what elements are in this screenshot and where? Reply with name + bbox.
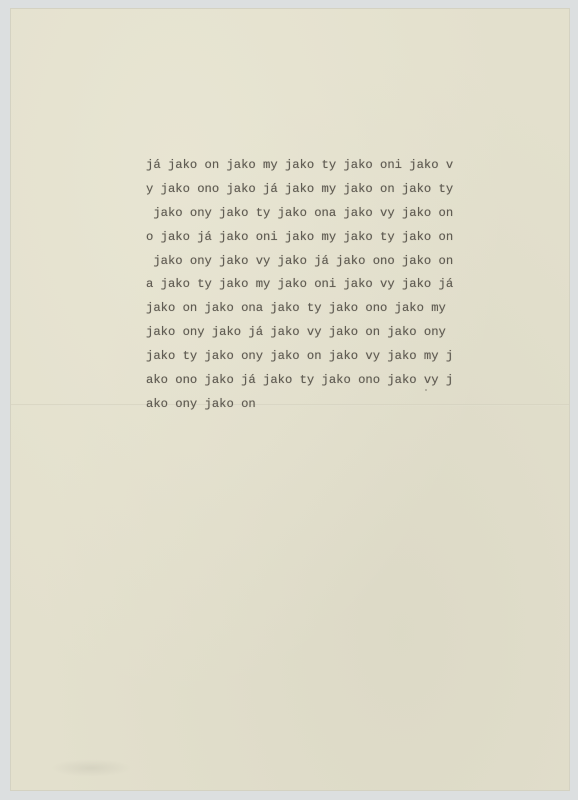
text-line: jako ty jako ony jako on jako vy jako my… bbox=[146, 345, 453, 369]
text-line: o jako já jako oni jako my jako ty jako … bbox=[146, 226, 453, 250]
text-line: ako ony jako on bbox=[146, 393, 453, 417]
text-line: a jako ty jako my jako oni jako vy jako … bbox=[146, 273, 453, 297]
text-line: jako ony jako já jako vy jako on jako on… bbox=[146, 321, 453, 345]
text-line: ako ono jako já jako ty jako ono jako vy… bbox=[146, 369, 453, 393]
ink-speck bbox=[425, 389, 427, 391]
faint-pencil-mark bbox=[51, 759, 131, 777]
text-line: jako on jako ona jako ty jako ono jako m… bbox=[146, 297, 453, 321]
typewritten-poem: já jako on jako my jako ty jako oni jako… bbox=[146, 154, 453, 417]
text-line: y jako ono jako já jako my jako on jako … bbox=[146, 178, 453, 202]
text-line: jako ony jako vy jako já jako ono jako o… bbox=[146, 250, 453, 274]
text-line: jako ony jako ty jako ona jako vy jako o… bbox=[146, 202, 453, 226]
paper-sheet: já jako on jako my jako ty jako oni jako… bbox=[11, 9, 569, 790]
text-line: já jako on jako my jako ty jako oni jako… bbox=[146, 154, 453, 178]
